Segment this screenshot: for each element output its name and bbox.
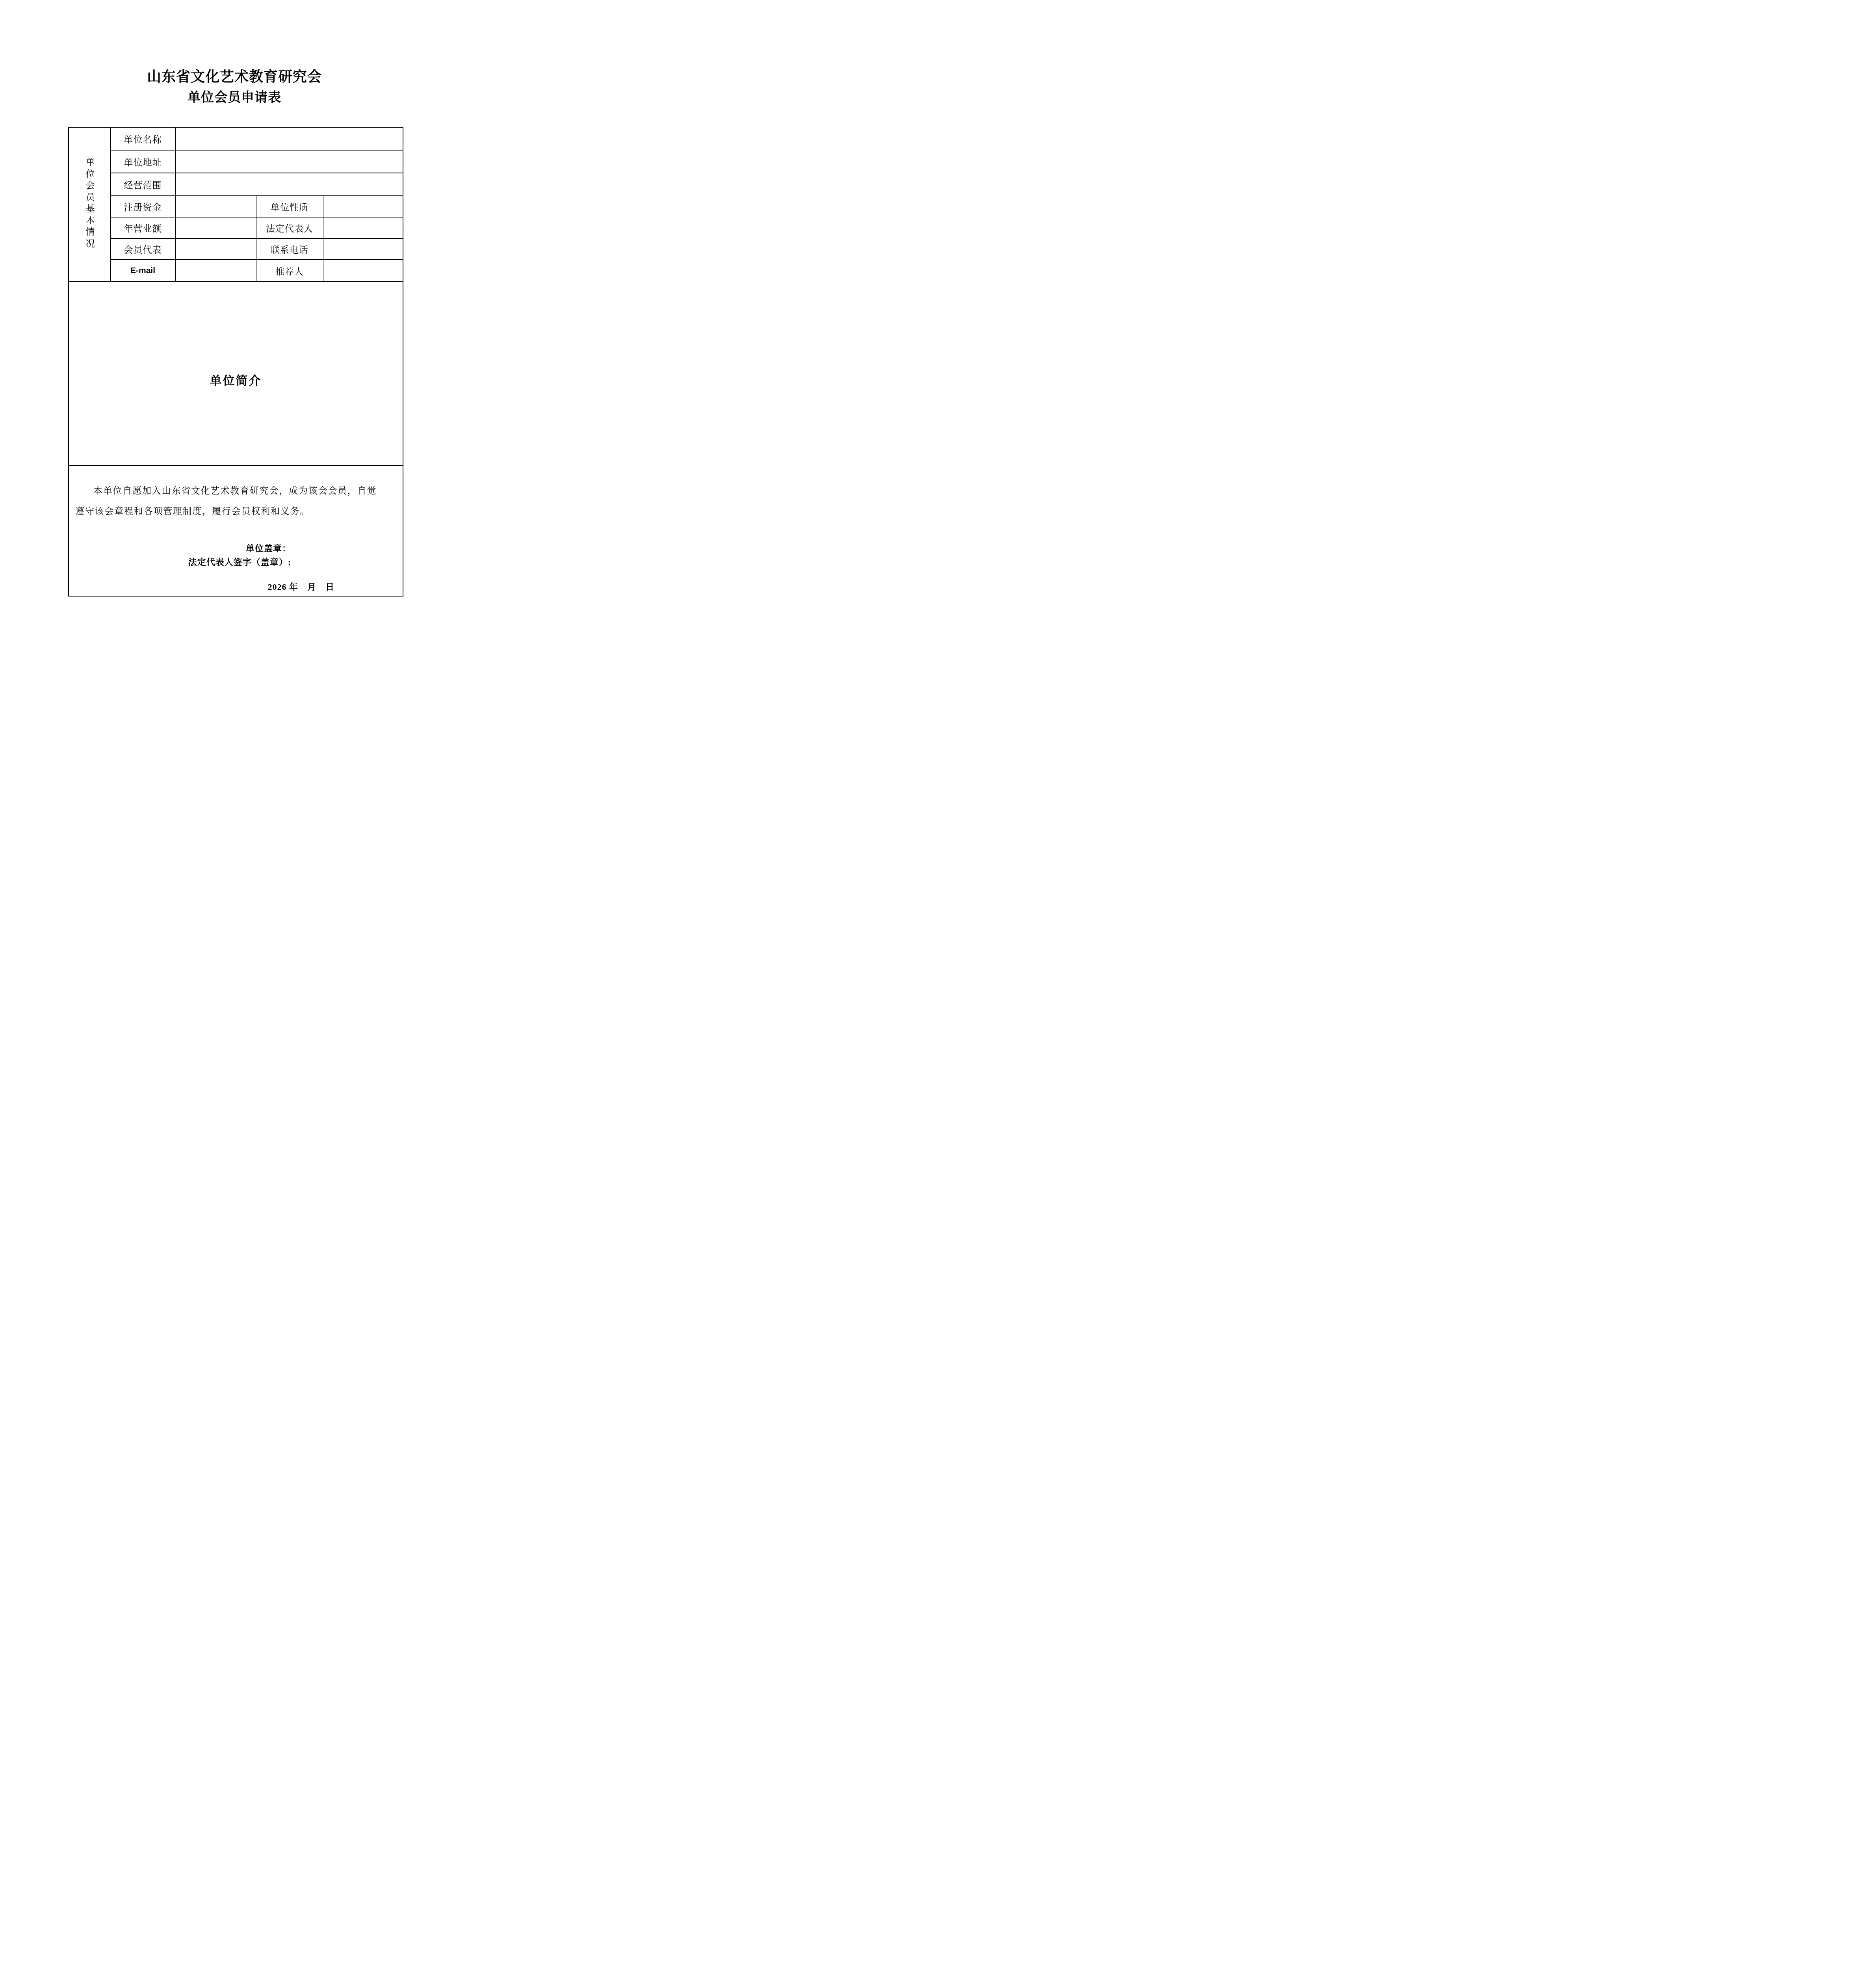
document-page: 山东省文化艺术教育研究会 单位会员申请表 单位会员基本情况 单位名称 单位地址 — [0, 0, 469, 663]
field-label-member-representative: 会员代表 — [110, 238, 175, 260]
field-value-member-representative[interactable] — [175, 238, 256, 260]
intro-section[interactable]: 单位简介 — [69, 282, 403, 465]
field-value-recommender[interactable] — [323, 260, 403, 282]
signature-block: 单位盖章： 法定代表人签字（盖章）: — [69, 541, 291, 569]
field-value-registered-capital[interactable] — [175, 196, 256, 217]
field-value-email[interactable] — [175, 260, 256, 282]
field-label-registered-capital: 注册资金 — [110, 196, 175, 217]
field-value-unit-name[interactable] — [175, 127, 403, 150]
application-form-table: 单位会员基本情况 单位名称 单位地址 经营范围 注册资金 单位性质 年营业额 — [68, 127, 403, 597]
legal-rep-signature-label: 法定代表人签字（盖章）: — [69, 555, 291, 569]
pledge-text: 本单位自愿加入山东省文化艺术教育研究会，成为该会会员，自觉遵守该会章程和各项管理… — [75, 481, 379, 522]
table-row-registered-capital: 注册资金 单位性质 — [69, 196, 403, 217]
unit-seal-label: 单位盖章： — [69, 541, 291, 555]
field-label-unit-name: 单位名称 — [110, 127, 175, 150]
field-label-business-scope: 经营范围 — [110, 173, 175, 196]
field-value-contact-phone[interactable] — [323, 238, 403, 260]
date-line: 2026 年 月 日 — [69, 580, 334, 594]
table-row-unit-name: 单位会员基本情况 单位名称 — [69, 127, 403, 150]
side-header-text: 单位会员基本情况 — [85, 157, 94, 250]
field-value-annual-turnover[interactable] — [175, 217, 256, 238]
table-row-annual-turnover: 年营业额 法定代表人 — [69, 217, 403, 238]
field-label-unit-nature: 单位性质 — [256, 196, 323, 217]
table-row-unit-address: 单位地址 — [69, 150, 403, 173]
field-value-unit-address[interactable] — [175, 150, 403, 173]
field-value-business-scope[interactable] — [175, 173, 403, 196]
table-row-intro: 单位简介 — [69, 282, 403, 465]
field-label-annual-turnover: 年营业额 — [110, 217, 175, 238]
document-header: 山东省文化艺术教育研究会 单位会员申请表 — [0, 65, 469, 107]
intro-heading: 单位简介 — [69, 359, 403, 388]
field-value-unit-nature[interactable] — [323, 196, 403, 217]
field-label-unit-address: 单位地址 — [110, 150, 175, 173]
document-subtitle: 单位会员申请表 — [0, 88, 469, 107]
table-row-business-scope: 经营范围 — [69, 173, 403, 196]
field-label-email: E-mail — [110, 260, 175, 282]
document-title: 山东省文化艺术教育研究会 — [0, 65, 469, 88]
table-row-member-representative: 会员代表 联系电话 — [69, 238, 403, 260]
field-label-contact-phone: 联系电话 — [256, 238, 323, 260]
table-row-email: E-mail 推荐人 — [69, 260, 403, 282]
field-value-legal-representative[interactable] — [323, 217, 403, 238]
pledge-section: 本单位自愿加入山东省文化艺术教育研究会，成为该会会员，自觉遵守该会章程和各项管理… — [69, 465, 403, 596]
field-label-legal-representative: 法定代表人 — [256, 217, 323, 238]
field-label-recommender: 推荐人 — [256, 260, 323, 282]
section-side-header: 单位会员基本情况 — [69, 127, 110, 282]
table-row-pledge: 本单位自愿加入山东省文化艺术教育研究会，成为该会会员，自觉遵守该会章程和各项管理… — [69, 465, 403, 596]
